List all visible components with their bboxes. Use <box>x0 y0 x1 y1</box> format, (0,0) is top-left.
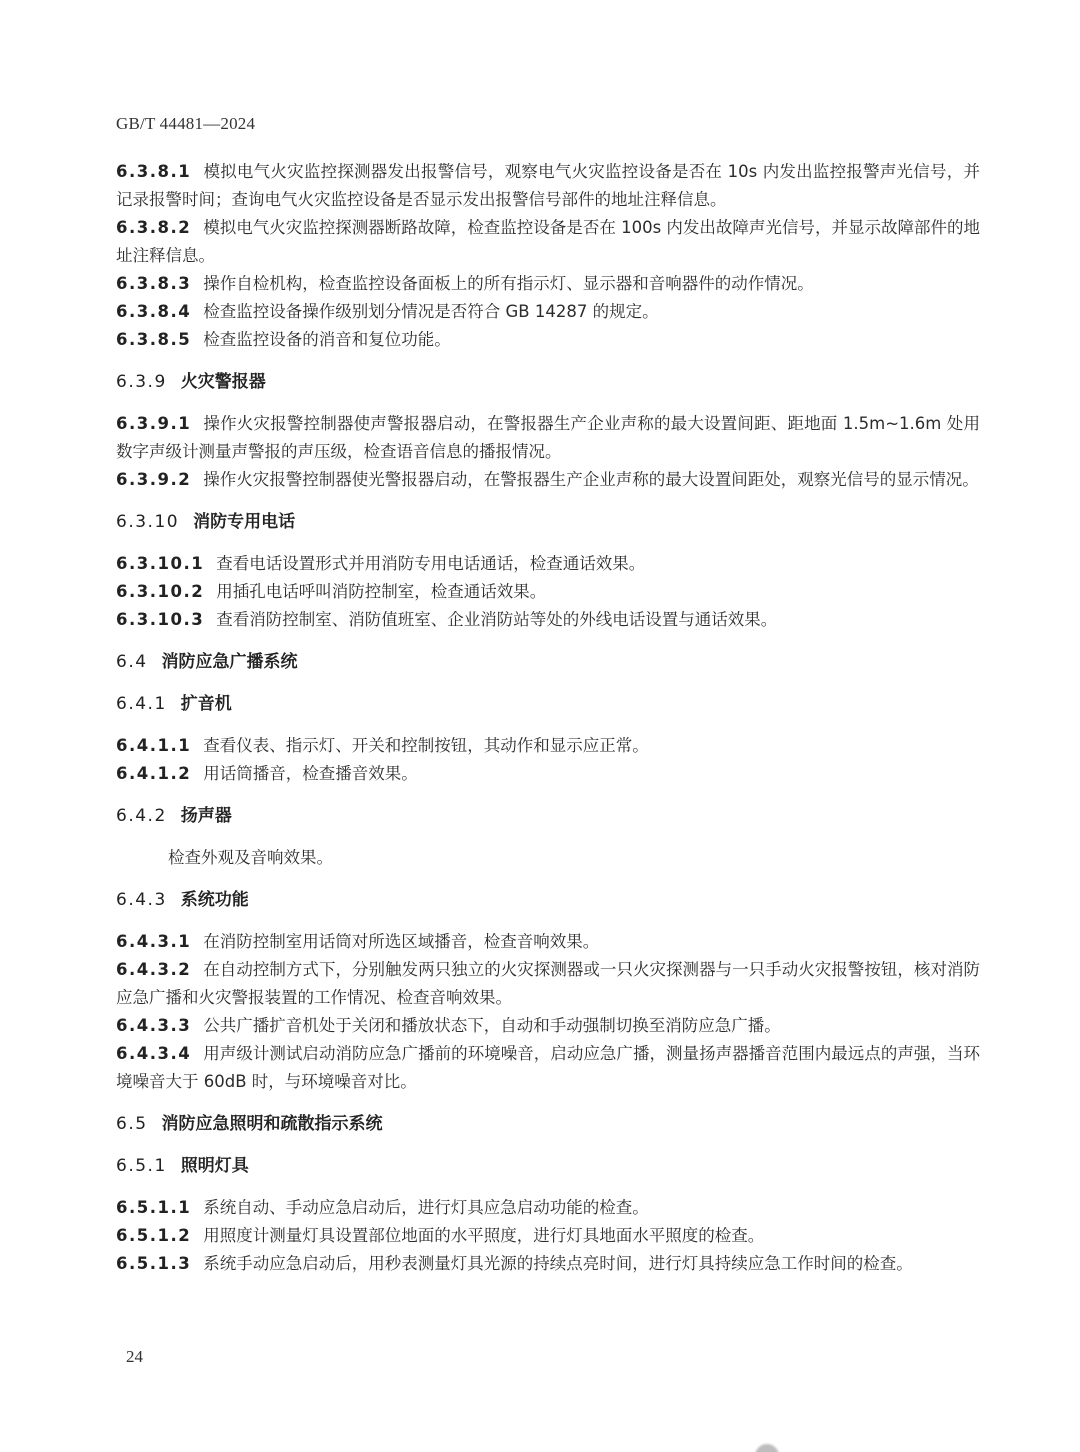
clause-paragraph: 6.3.8.2模拟电气火灾监控探测器断路故障，检查监控设备是否在 100s 内发… <box>116 214 980 270</box>
clause-paragraph: 6.4.1.2用话筒播音，检查播音效果。 <box>116 760 980 788</box>
clause-number: 6.3.8.5 <box>116 330 191 349</box>
clause-text: 公共广播扩音机处于关闭和播放状态下，自动和手动强制切换至消防应急广播。 <box>203 1016 781 1035</box>
clause-number: 6.4.3.4 <box>116 1044 191 1063</box>
clause-paragraph: 6.5.1.1系统自动、手动应急启动后，进行灯具应急启动功能的检查。 <box>116 1194 980 1222</box>
clause-number: 6.3.8.3 <box>116 274 191 293</box>
clause-text: 模拟电气火灾监控探测器断路故障，检查监控设备是否在 100s 内发出故障声光信号… <box>116 218 980 265</box>
clause-paragraph: 6.3.8.4检查监控设备操作级别划分情况是否符合 GB 14287 的规定。 <box>116 298 980 326</box>
clause-number: 6.4.1.2 <box>116 764 191 783</box>
clause-text: 用照度计测量灯具设置部位地面的水平照度，进行灯具地面水平照度的检查。 <box>203 1226 764 1245</box>
heading-text: 扬声器 <box>181 806 232 826</box>
section-heading: 6.4.1扩音机 <box>116 690 980 718</box>
heading-text: 消防应急照明和疏散指示系统 <box>162 1114 383 1134</box>
clause-paragraph: 6.3.10.1查看电话设置形式并用消防专用电话通话，检查通话效果。 <box>116 550 980 578</box>
clause-text: 查看仪表、指示灯、开关和控制按钮，其动作和显示应正常。 <box>203 736 649 755</box>
clause-text: 操作火灾报警控制器使光警报器启动，在警报器生产企业声称的最大设置间距处，观察光信… <box>203 470 979 489</box>
clause-number: 6.4.1.1 <box>116 736 191 755</box>
clause-number: 6.4.3.1 <box>116 932 191 951</box>
clause-paragraph: 6.3.8.5检查监控设备的消音和复位功能。 <box>116 326 980 354</box>
scan-artifact <box>755 1444 779 1452</box>
section-heading: 6.5消防应急照明和疏散指示系统 <box>116 1110 980 1138</box>
clause-text: 用声级计测试启动消防应急广播前的环境噪音，启动应急广播，测量扬声器播音范围内最远… <box>116 1044 980 1091</box>
clause-text: 在消防控制室用话筒对所选区域播音，检查音响效果。 <box>203 932 599 951</box>
clause-text: 在自动控制方式下，分别触发两只独立的火灾探测器或一只火灾探测器与一只手动火灾报警… <box>116 960 980 1007</box>
clause-number: 6.5.1.2 <box>116 1226 191 1245</box>
clause-number: 6.3.10.2 <box>116 582 204 601</box>
clause-number: 6.5.1.1 <box>116 1198 191 1217</box>
section-heading: 6.3.9火灾警报器 <box>116 368 980 396</box>
clause-text: 系统手动应急启动后，用秒表测量灯具光源的持续点亮时间，进行灯具持续应急工作时间的… <box>203 1254 913 1273</box>
clause-paragraph: 6.4.3.2在自动控制方式下，分别触发两只独立的火灾探测器或一只火灾探测器与一… <box>116 956 980 1012</box>
section-heading: 6.4.3系统功能 <box>116 886 980 914</box>
standard-number-header: GB/T 44481—2024 <box>116 114 255 134</box>
clause-number: 6.5.1 <box>116 1156 167 1176</box>
clause-number: 6.3.9.1 <box>116 414 191 433</box>
clause-number: 6.5.1.3 <box>116 1254 191 1273</box>
heading-text: 扩音机 <box>181 694 232 714</box>
clause-paragraph: 6.3.9.1操作火灾报警控制器使声警报器启动，在警报器生产企业声称的最大设置间… <box>116 410 980 466</box>
section-heading: 6.4.2扬声器 <box>116 802 980 830</box>
clause-text: 检查监控设备的消音和复位功能。 <box>203 330 451 349</box>
heading-text: 照明灯具 <box>181 1156 249 1176</box>
clause-text: 检查监控设备操作级别划分情况是否符合 GB 14287 的规定。 <box>203 302 658 321</box>
clause-number: 6.3.9.2 <box>116 470 191 489</box>
heading-text: 消防应急广播系统 <box>162 652 298 672</box>
clause-text: 模拟电气火灾监控探测器发出报警信号，观察电气火灾监控设备是否在 10s 内发出监… <box>116 162 980 209</box>
clause-text: 用话筒播音，检查播音效果。 <box>203 764 418 783</box>
clause-number: 6.4.3.2 <box>116 960 191 979</box>
document-body: 6.3.8.1模拟电气火灾监控探测器发出报警信号，观察电气火灾监控设备是否在 1… <box>116 158 980 1278</box>
clause-paragraph: 6.3.10.3查看消防控制室、消防值班室、企业消防站等处的外线电话设置与通话效… <box>116 606 980 634</box>
clause-paragraph: 6.5.1.2用照度计测量灯具设置部位地面的水平照度，进行灯具地面水平照度的检查… <box>116 1222 980 1250</box>
clause-text: 操作自检机构，检查监控设备面板上的所有指示灯、显示器和音响器件的动作情况。 <box>203 274 814 293</box>
section-heading: 6.3.10消防专用电话 <box>116 508 980 536</box>
clause-paragraph: 6.3.9.2操作火灾报警控制器使光警报器启动，在警报器生产企业声称的最大设置间… <box>116 466 980 494</box>
clause-number: 6.3.8.4 <box>116 302 191 321</box>
heading-text: 消防专用电话 <box>193 512 295 532</box>
clause-text: 查看消防控制室、消防值班室、企业消防站等处的外线电话设置与通话效果。 <box>216 610 777 629</box>
clause-number: 6.4.1 <box>116 694 167 714</box>
clause-number: 6.4.3.3 <box>116 1016 191 1035</box>
clause-number: 6.3.10 <box>116 512 179 532</box>
clause-number: 6.3.10.1 <box>116 554 204 573</box>
clause-number: 6.3.8.1 <box>116 162 191 181</box>
clause-paragraph: 6.4.3.4用声级计测试启动消防应急广播前的环境噪音，启动应急广播，测量扬声器… <box>116 1040 980 1096</box>
clause-number: 6.5 <box>116 1114 148 1134</box>
clause-number: 6.3.8.2 <box>116 218 191 237</box>
clause-text: 系统自动、手动应急启动后，进行灯具应急启动功能的检查。 <box>203 1198 649 1217</box>
section-heading: 6.4消防应急广播系统 <box>116 648 980 676</box>
section-heading: 6.5.1照明灯具 <box>116 1152 980 1180</box>
clause-number: 6.4.3 <box>116 890 167 910</box>
clause-paragraph: 6.4.3.1在消防控制室用话筒对所选区域播音，检查音响效果。 <box>116 928 980 956</box>
clause-paragraph: 6.3.8.3操作自检机构，检查监控设备面板上的所有指示灯、显示器和音响器件的动… <box>116 270 980 298</box>
clause-paragraph: 6.4.3.3公共广播扩音机处于关闭和播放状态下，自动和手动强制切换至消防应急广… <box>116 1012 980 1040</box>
clause-paragraph: 6.4.1.1查看仪表、指示灯、开关和控制按钮，其动作和显示应正常。 <box>116 732 980 760</box>
document-page: GB/T 44481—2024 6.3.8.1模拟电气火灾监控探测器发出报警信号… <box>0 0 1080 1452</box>
heading-text: 火灾警报器 <box>181 372 266 392</box>
heading-text: 系统功能 <box>181 890 249 910</box>
clause-text: 用插孔电话呼叫消防控制室，检查通话效果。 <box>216 582 546 601</box>
page-number: 24 <box>126 1347 143 1367</box>
clause-number: 6.3.10.3 <box>116 610 204 629</box>
clause-number: 6.4 <box>116 652 148 672</box>
clause-paragraph: 检查外观及音响效果。 <box>116 844 980 872</box>
clause-text: 查看电话设置形式并用消防专用电话通话，检查通话效果。 <box>216 554 645 573</box>
clause-text: 检查外观及音响效果。 <box>168 848 333 867</box>
clause-number: 6.3.9 <box>116 372 167 392</box>
clause-number: 6.4.2 <box>116 806 167 826</box>
clause-text: 操作火灾报警控制器使声警报器启动，在警报器生产企业声称的最大设置间距、距地面 1… <box>116 414 980 461</box>
clause-paragraph: 6.3.10.2用插孔电话呼叫消防控制室，检查通话效果。 <box>116 578 980 606</box>
clause-paragraph: 6.5.1.3系统手动应急启动后，用秒表测量灯具光源的持续点亮时间，进行灯具持续… <box>116 1250 980 1278</box>
clause-paragraph: 6.3.8.1模拟电气火灾监控探测器发出报警信号，观察电气火灾监控设备是否在 1… <box>116 158 980 214</box>
